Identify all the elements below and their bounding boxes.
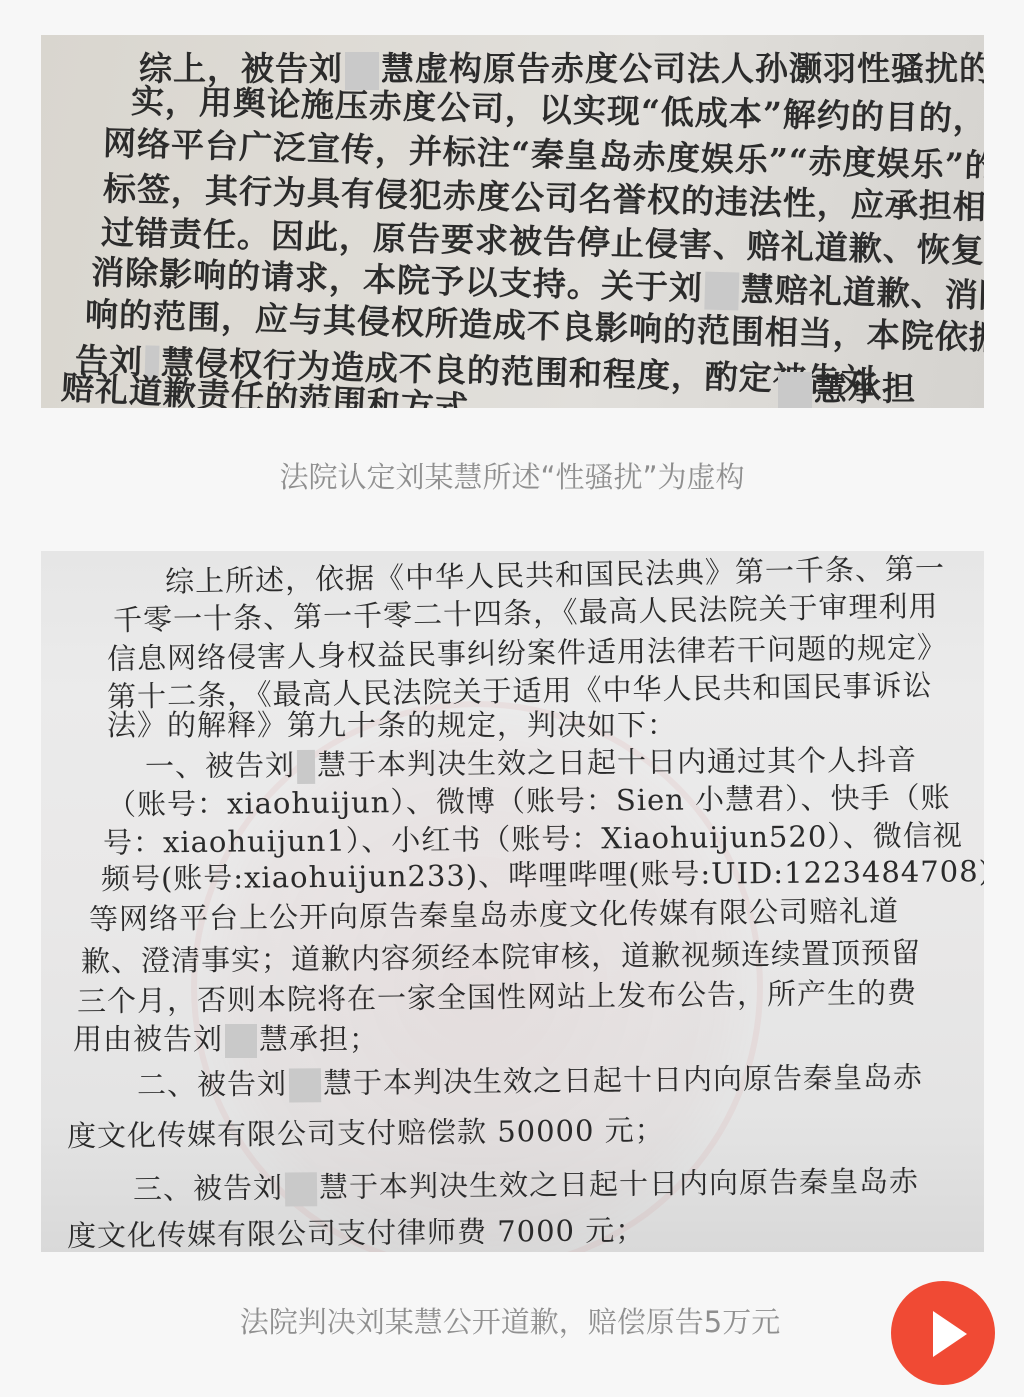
doc-line: 二、被告刘慧于本判决生效之日起十日内向原告秦皇岛赤 (137, 1055, 923, 1104)
doc-text: 慧于本判决生效之日起十日内向原告秦皇岛赤 (319, 1164, 919, 1204)
doc-text: 慧承担 (814, 369, 916, 408)
redaction-block (285, 1172, 317, 1206)
doc-text: 慧承担； (259, 1022, 379, 1056)
doc-text: 三、被告刘 (133, 1171, 283, 1207)
court-document-photo-2: 综上所述，依据《中华人民共和国民法典》第一千条、第一 千零一十条、第一千零二十四… (41, 551, 984, 1252)
doc-text: 一、被告刘 (145, 748, 295, 783)
court-document-photo-1: 综上，被告刘慧虚构原告赤度公司法人孙灏羽性骚扰的事 实，用舆论施压赤度公司，以实… (41, 35, 984, 408)
doc-line: 慧承担 (776, 363, 916, 408)
doc-line: 法》的解释》第九十条的规定，判决如下： (107, 703, 677, 744)
doc-line: 度文化传媒有限公司支付律师费 7000 元； (67, 1208, 646, 1252)
doc-line: 等网络平台上公开向原告秦皇岛赤度文化传媒有限公司赔礼道 (89, 889, 899, 938)
redaction-block (778, 372, 812, 408)
figure-caption-2: 法院判决刘某慧公开道歉，赔偿原告5万元 (0, 1300, 1024, 1341)
caption-text: 法院认定刘某慧所述“性骚扰”为虚构 (279, 460, 744, 494)
figure-caption-1: 法院认定刘某慧所述“性骚扰”为虚构 (0, 455, 1024, 496)
doc-line: 度文化传媒有限公司支付赔偿款 50000 元； (67, 1108, 665, 1155)
doc-line: 三、被告刘慧于本判决生效之日起十日内向原告秦皇岛赤 (133, 1159, 919, 1208)
redaction-block (289, 1068, 321, 1102)
redaction-block (225, 1024, 257, 1058)
doc-line: 三个月，否则本院将在一家全国性网站上发布公告，所产生的费 (77, 971, 917, 1021)
doc-text: 用由被告刘 (73, 1022, 223, 1056)
play-icon (933, 1311, 967, 1357)
caption-text: 法院判决刘某慧公开道歉，赔偿原告5万元 (240, 1305, 780, 1339)
doc-line: 用由被告刘慧承担； (73, 1017, 379, 1058)
doc-text: 二、被告刘 (137, 1067, 287, 1103)
redaction-block (297, 750, 315, 784)
doc-text: 慧于本判决生效之日起十日内向原告秦皇岛赤 (323, 1060, 923, 1100)
play-video-button[interactable] (891, 1281, 995, 1385)
